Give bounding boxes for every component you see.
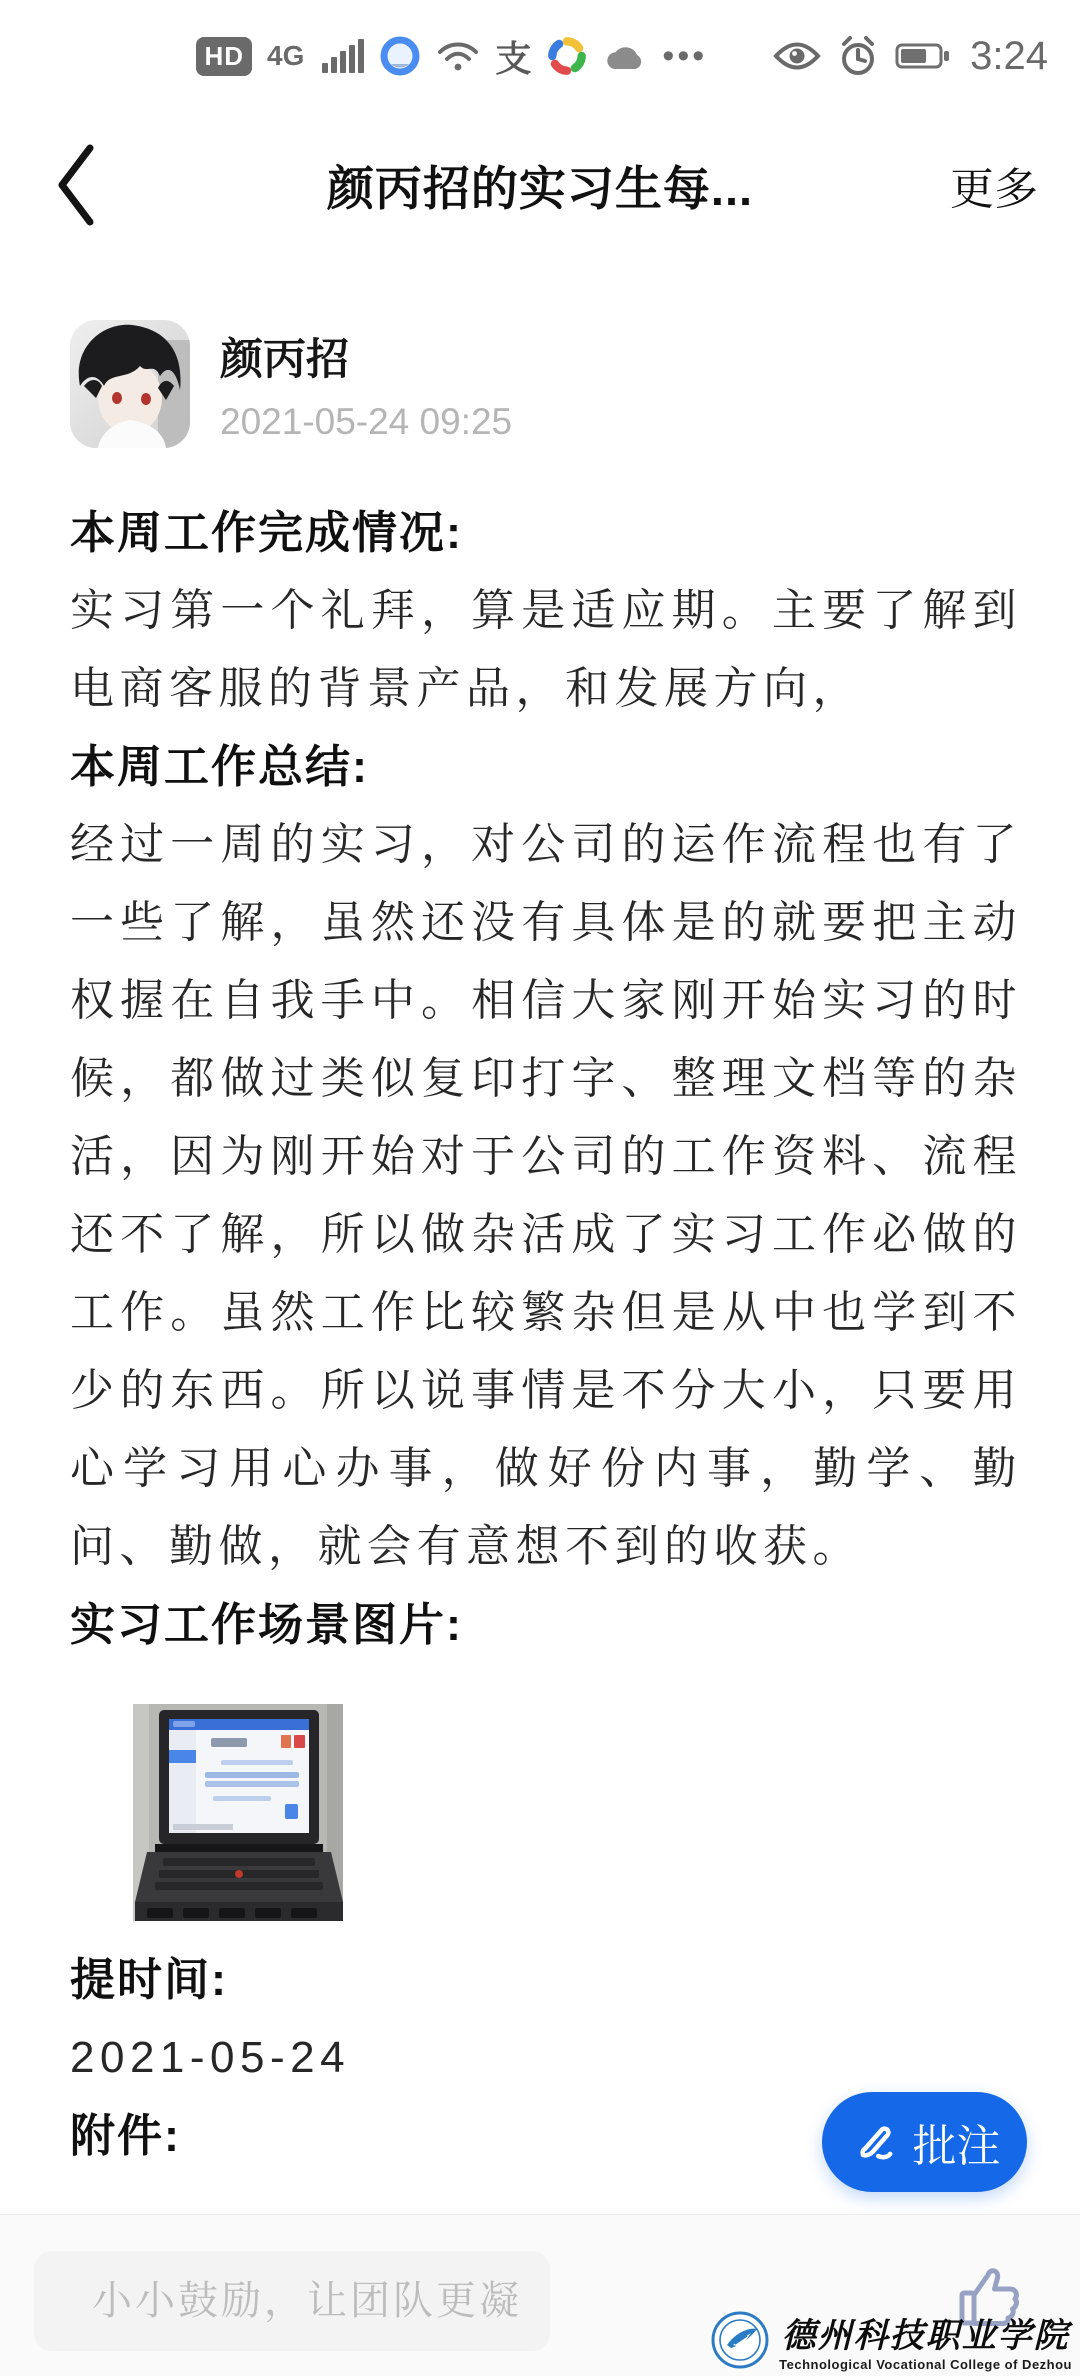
work-scene-photo[interactable] <box>133 1704 343 1921</box>
hd-badge: HD <box>196 37 252 76</box>
status-time: 3:24 <box>970 34 1048 79</box>
avatar-image <box>70 320 190 448</box>
more-dots: ••• <box>662 37 707 76</box>
avatar[interactable] <box>70 320 190 448</box>
page-title: 颜丙招的实习生每... <box>0 112 1080 258</box>
section-body-completion: 实习第一个礼拜，算是适应期。主要了解到电商客服的背景产品，和发展方向， <box>70 572 1022 728</box>
submit-date: 2021-05-24 <box>70 2019 1022 2097</box>
section-title-summary: 本周工作总结: <box>70 728 1022 806</box>
post-timestamp: 2021-05-24 09:25 <box>220 401 512 443</box>
nav-bar: 颜丙招的实习生每... 更多 <box>0 112 1080 258</box>
alarm-clock-icon <box>836 34 880 78</box>
browser-icon <box>379 35 421 77</box>
section-title-completion: 本周工作完成情况: <box>70 494 1022 572</box>
annotate-button-label: 批注 <box>913 2110 1001 2174</box>
status-bar: HD 4G 支 ••• <box>0 0 1080 112</box>
color-wheel-icon <box>546 35 588 77</box>
eye-icon <box>773 40 821 72</box>
annotate-hand-pen-icon <box>849 2116 901 2168</box>
laptop-photo-illustration <box>133 1704 343 1921</box>
college-logo-icon <box>711 2311 769 2369</box>
alipay-icon: 支 <box>495 31 531 82</box>
author-name: 颜丙招 <box>220 326 512 387</box>
more-button[interactable]: 更多 <box>950 112 1038 258</box>
wifi-icon <box>436 38 480 74</box>
college-watermark: 德州科技职业学院 Technological Vocational Colleg… <box>711 2308 1072 2372</box>
cloud-icon <box>603 40 647 72</box>
author-meta: 颜丙招 2021-05-24 09:25 <box>220 320 512 448</box>
section-title-photos: 实习工作场景图片: <box>70 1586 1022 1664</box>
college-name: 德州科技职业学院 <box>782 2308 1070 2357</box>
author-profile: 颜丙招 2021-05-24 09:25 <box>70 320 1022 448</box>
section-body-summary: 经过一周的实习，对公司的运作流程也有了一些了解，虽然还没有具体是的就要把主动权握… <box>70 806 1022 1586</box>
college-caption: Technological Vocational College of Dezh… <box>779 2357 1072 2372</box>
annotate-button[interactable]: 批注 <box>822 2092 1027 2192</box>
battery-icon <box>895 40 951 72</box>
encourage-input[interactable] <box>34 2251 550 2351</box>
report-content: 颜丙招 2021-05-24 09:25 本周工作完成情况: 实习第一个礼拜，算… <box>70 320 1022 2175</box>
network-type-label: 4G <box>267 40 307 72</box>
college-text: 德州科技职业学院 Technological Vocational Colleg… <box>779 2308 1072 2372</box>
section-title-submit-time: 提时间: <box>70 1941 1022 2019</box>
signal-bars-icon <box>322 39 364 73</box>
